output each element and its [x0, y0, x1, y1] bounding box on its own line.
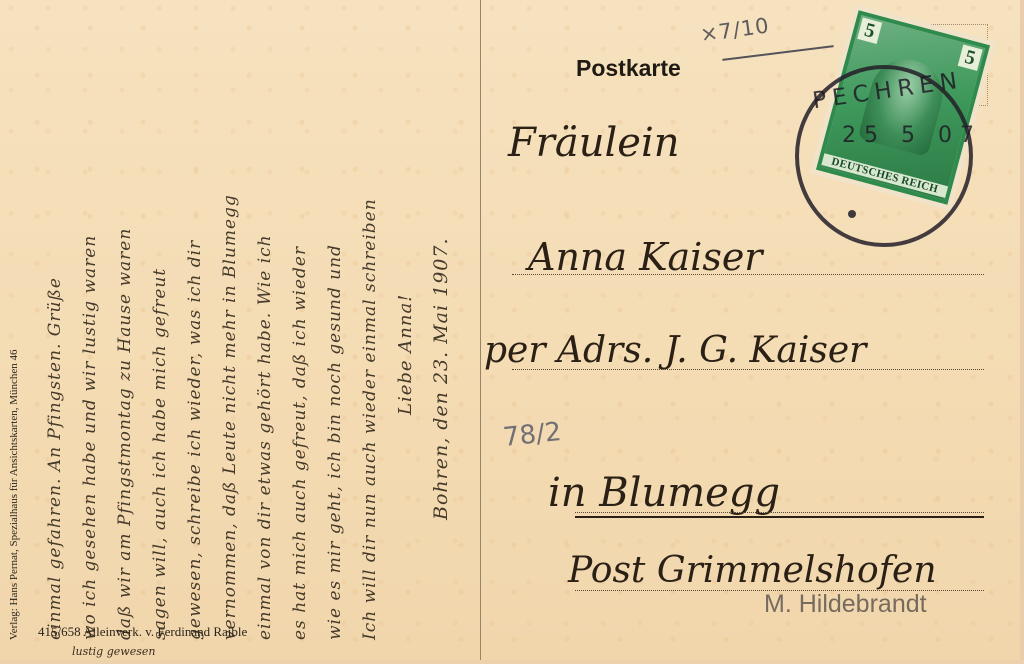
- message-area: Bohren, den 23. Mai 1907. Liebe Anna! Ic…: [0, 0, 480, 664]
- postkarte-title: Postkarte: [576, 55, 681, 82]
- message-line: es hat mich auch gefreut, daß ich wieder: [290, 10, 310, 640]
- message-header-place-date: Bohren, den 23. Mai 1907.: [430, 60, 452, 520]
- stamp-value-left: 5: [857, 18, 882, 44]
- address-name: Anna Kaiser: [528, 235, 762, 279]
- address-care-of: per Adrs. J. G. Kaiser: [484, 330, 866, 371]
- message-signoff: lustig gewesen: [72, 645, 155, 658]
- publisher-imprint-bottom: 415/658 Alleinverk. v. Ferdinand Raible: [38, 624, 247, 640]
- stamp-value-right: 5: [958, 44, 983, 70]
- address-dotted-line: [512, 274, 984, 275]
- postmark-date: 25 5 07: [842, 123, 982, 148]
- message-line: vernommen, daß Leute nicht mehr in Blume…: [220, 10, 240, 640]
- center-divider: [480, 0, 481, 664]
- card-edge-right: [1020, 0, 1024, 664]
- archive-mark-underline: [722, 45, 833, 61]
- address-post-office: Post Grimmelshofen: [568, 550, 937, 591]
- message-line: Ich will dir nun auch wieder einmal schr…: [360, 10, 380, 640]
- postmark-star-icon: [848, 210, 856, 218]
- archive-mark: ×7/10: [699, 13, 771, 46]
- address-town-underline: [575, 516, 984, 518]
- address-dotted-line: [512, 369, 984, 370]
- pencil-note: 78/2: [502, 417, 563, 453]
- address-dotted-line: [575, 512, 984, 513]
- publisher-imprint-vertical: Verlag: Hans Pernat, Spezialhaus für Ans…: [8, 60, 20, 640]
- watermark: M. Hildebrandt: [764, 590, 927, 619]
- message-line: wo ich gesehen habe und wir lustig waren: [80, 10, 100, 640]
- message-line: sagen will, auch ich habe mich gefreut: [150, 10, 170, 640]
- postcard: Bohren, den 23. Mai 1907. Liebe Anna! Ic…: [0, 0, 1024, 664]
- card-edge-bottom: [0, 660, 1024, 664]
- address-town: in Blumegg: [548, 470, 780, 516]
- message-line: einmal gefahren. An Pfingsten. Grüße: [45, 10, 65, 640]
- message-line: daß wir am Pfingstmontag zu Hause waren: [115, 10, 135, 640]
- message-line: wie es mir geht, ich bin noch gesund und: [325, 10, 345, 640]
- message-line: einmal von dir etwas gehört habe. Wie ic…: [255, 10, 275, 640]
- address-salutation: Fräulein: [508, 120, 680, 166]
- message-greeting: Liebe Anna!: [395, 215, 416, 415]
- message-line: gewesen, schreibe ich wieder, was ich di…: [185, 10, 205, 640]
